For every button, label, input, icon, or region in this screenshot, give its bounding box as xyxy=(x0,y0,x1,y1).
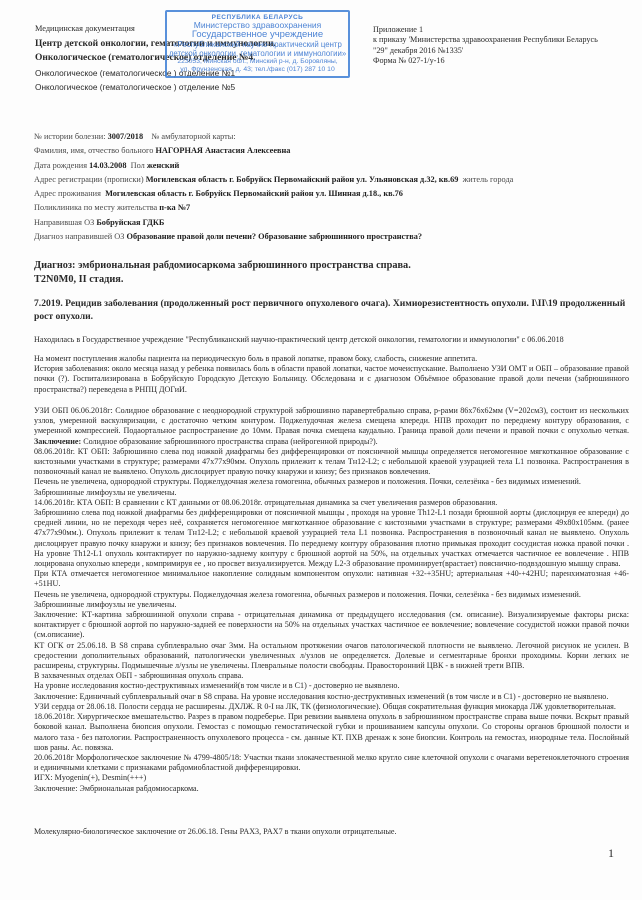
registration-row: Адрес регистрации (прописки) Могилевская… xyxy=(34,173,634,187)
clinical-history: На момент поступления жалобы пациента на… xyxy=(34,354,629,395)
diagnosis: Диагноз: эмбриональная рабдомиосаркома з… xyxy=(34,259,634,286)
residence-address: Могилевская область г. Бобруйск Первомай… xyxy=(105,189,403,198)
kta-obp: 14.06.2018г. КТА ОБП: В сравнении с КТ д… xyxy=(34,498,629,508)
referral-row: Направившая ОЗ Бобруйская ГДКБ xyxy=(34,216,634,230)
stamp-line: детской онкологии, гематологии и иммунол… xyxy=(167,49,348,58)
surgery: 18.06.2018г. Хирургическое вмешательство… xyxy=(34,712,629,753)
department-5: Онкологическое (гематологическое ) отдел… xyxy=(35,80,276,95)
history-number: 3007/2018 xyxy=(108,132,144,141)
stamp-line: ул. Фрунзенская, д. 43; тел./факс (017) … xyxy=(167,66,348,74)
kt-obp: 08.06.2018г. КТ ОБП: Забрюшинно слева по… xyxy=(34,447,629,478)
kt-lymph: Забрюшинные лимфоузлы не увеличены. xyxy=(34,488,629,498)
kt-ogk: КТ ОГК от 25.06.18. В S8 справа субплевр… xyxy=(34,641,629,672)
complaints: На момент поступления жалобы пациента на… xyxy=(34,354,629,364)
clinic: п-ка №7 xyxy=(159,203,190,212)
ihc: ИГХ: Myogenin(+), Desmin(+++) xyxy=(34,773,629,783)
uzi-obp: УЗИ ОБП 06.06.2018г: Солидное образовани… xyxy=(34,406,629,447)
molecular-conclusion: Молекулярно-биологическое заключение от … xyxy=(34,827,629,837)
referral-diagnosis-row: Диагноз направившей ОЗ Образование право… xyxy=(34,230,634,244)
morphology-conclusion: Заключение: Эмбриональная рабдомиосарком… xyxy=(34,784,629,794)
residence-row: Адрес проживания Могилевская область г. … xyxy=(34,187,634,201)
disease-history: История заболевания: около месяца назад … xyxy=(34,364,629,395)
relapse-note: 7.2019. Рецидив заболевания (продолженны… xyxy=(34,297,629,323)
patient-info: № истории болезни: 3007/2018 № амбулатор… xyxy=(34,130,634,244)
stamp-line: Государственное учреждение xyxy=(167,30,348,40)
header-right: Приложение 1 к приказу 'Министерства здр… xyxy=(373,25,598,67)
official-stamp: РЕСПУБЛИКА БЕЛАРУСЬ Министерство здравоо… xyxy=(165,10,350,78)
kta-hu: При КТА отмечается негомогенное минималь… xyxy=(34,569,629,589)
clinic-row: Поликлиника по месту жительства п-ка №7 xyxy=(34,201,634,215)
stamp-line: РЕСПУБЛИКА БЕЛАРУСЬ xyxy=(167,14,348,21)
stamp-line: 223053, Минская обл., Минский р-н, д. Бо… xyxy=(167,58,348,66)
registration-address: Могилевская область г. Бобруйск Первомай… xyxy=(146,175,459,184)
order-ref: к приказу 'Министерства здравоохранения … xyxy=(373,35,598,45)
admission-note: Находилась в Государственное учреждение … xyxy=(34,335,629,345)
kt-liver: Печень не увеличена, однородной структур… xyxy=(34,477,629,487)
kt-ogk-bone: На уровне исследования костно-деструктив… xyxy=(34,681,629,691)
sex: женский xyxy=(147,161,179,170)
kta-lymph: Забрюшинные лимфоузлы не увеличены. xyxy=(34,600,629,610)
diagnosis-stage: T2N0M0, II стадия. xyxy=(34,273,634,287)
page-number: 1 xyxy=(608,846,614,861)
name-row: Фамилия, имя, отчество больного НАГОРНАЯ… xyxy=(34,144,634,158)
stamp-line: Министерство здравоохранения xyxy=(167,21,348,30)
stamp-line: «Республиканский научно-практический цен… xyxy=(167,40,348,49)
referral-org: Бобруйская ГДКБ xyxy=(96,218,164,227)
appendix-label: Приложение 1 xyxy=(373,25,598,35)
kta-description: Забрюшинно слева под ножкой диафрагмы бе… xyxy=(34,508,629,569)
referral-diagnosis: Образование правой доли печени? Образова… xyxy=(127,232,423,241)
date-of-birth: 14.03.2008 xyxy=(89,161,126,170)
kta-liver: Печень не увеличена, однородной структур… xyxy=(34,590,629,600)
morphology: 20.06.2018г Морфологическое заключение №… xyxy=(34,753,629,773)
form-number: Форма № 027-1/у-16 xyxy=(373,56,598,66)
history-row: № истории болезни: 3007/2018 № амбулатор… xyxy=(34,130,634,144)
examinations: УЗИ ОБП 06.06.2018г: Солидное образовани… xyxy=(34,406,629,794)
dob-row: Дата рождения 14.03.2008 Пол женский xyxy=(34,159,634,173)
diagnosis-line: Диагноз: эмбриональная рабдомиосаркома з… xyxy=(34,259,634,273)
kt-ogk-conclusion: Заключение: Единичный субплевральный оча… xyxy=(34,692,629,702)
kta-conclusion: Заключение: КТ-картина забрюшинной опухо… xyxy=(34,610,629,641)
patient-name: НАГОРНАЯ Анастасия Алексеевна xyxy=(155,146,290,155)
kt-ogk-obp: В захваченных отделах ОБП - забрюшинная … xyxy=(34,671,629,681)
uzi-heart: УЗИ сердца от 28.06.18. Полости сердца н… xyxy=(34,702,629,712)
order-date: "29" декабря 2016 №1335' xyxy=(373,46,598,56)
